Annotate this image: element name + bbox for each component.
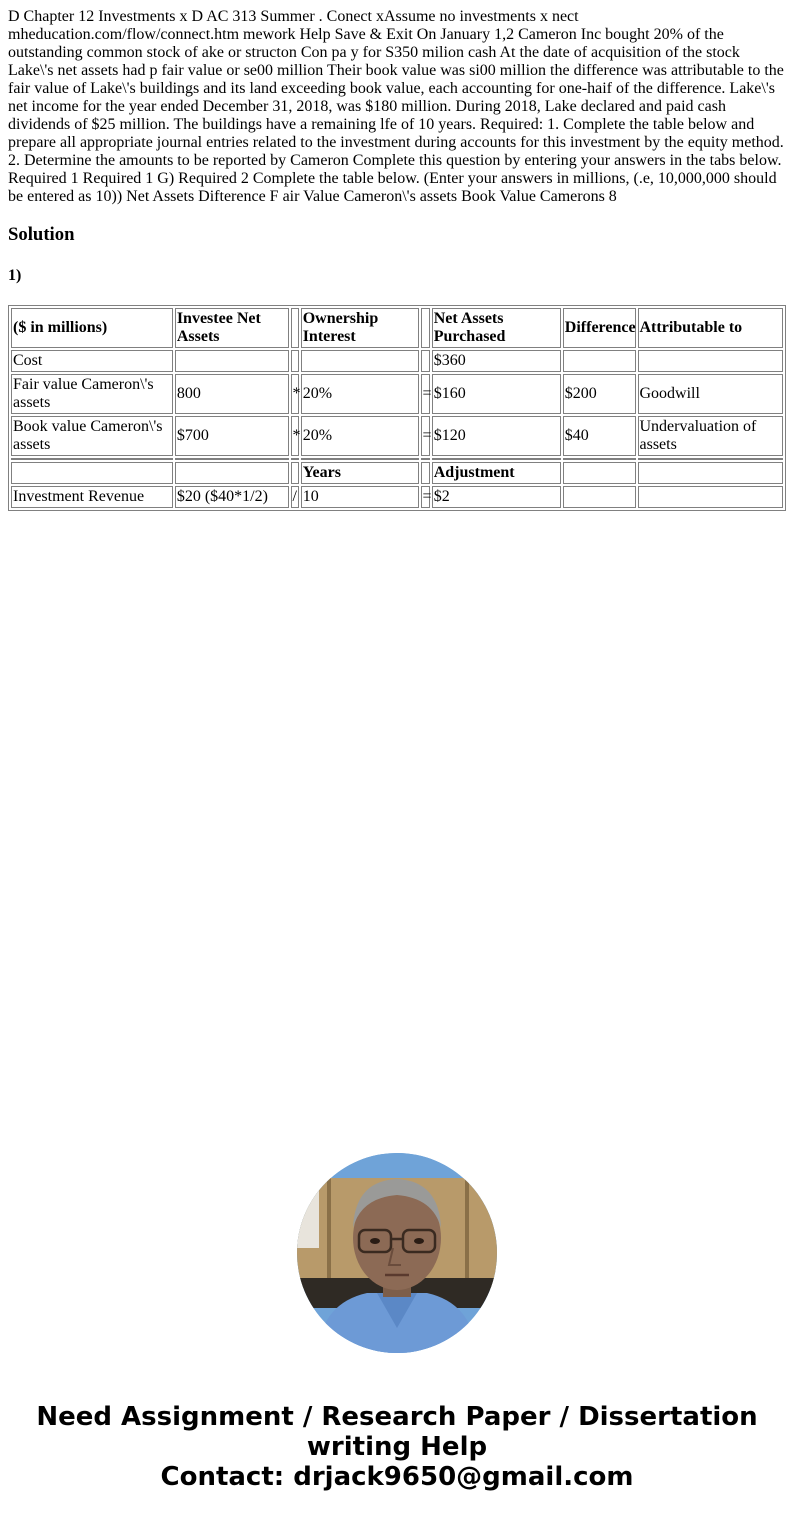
table-subheader-row: Years Adjustment [11, 462, 783, 484]
subheader-cell [291, 462, 299, 484]
promo-banner: Need Assignment / Research Paper / Disse… [0, 1402, 794, 1492]
subheader-cell [421, 462, 430, 484]
table-cell: 20% [301, 374, 419, 414]
spacer-cell [301, 458, 419, 460]
promo-contact: Contact: drjack9650@gmail.com [0, 1462, 794, 1492]
table-cell: Cost [11, 350, 173, 372]
table-cell [301, 350, 419, 372]
table-cell: = [421, 486, 430, 508]
tutor-photo-icon [297, 1153, 497, 1353]
spacer-cell [638, 458, 784, 460]
table-cell: Book value Cameron\'s assets [11, 416, 173, 456]
subheader-cell [563, 462, 636, 484]
table-row: Investment Revenue $20 ($40*1/2) / 10 = … [11, 486, 783, 508]
table-cell [175, 350, 289, 372]
table-row: Fair value Cameron\'s assets 800 * 20% =… [11, 374, 783, 414]
table-cell: * [291, 374, 299, 414]
table-cell: Undervaluation of assets [638, 416, 784, 456]
spacer-cell [563, 458, 636, 460]
spacer-cell [291, 458, 299, 460]
question-text: D Chapter 12 Investments x D AC 313 Summ… [8, 8, 786, 206]
header-cell: ($ in millions) [11, 308, 173, 348]
table-cell [563, 350, 636, 372]
table-cell: 20% [301, 416, 419, 456]
table-cell: Fair value Cameron\'s assets [11, 374, 173, 414]
table-cell [421, 350, 430, 372]
page-content: D Chapter 12 Investments x D AC 313 Summ… [0, 0, 794, 511]
table-cell: $120 [432, 416, 561, 456]
table-cell [638, 486, 784, 508]
table-cell: $200 [563, 374, 636, 414]
table-cell: $160 [432, 374, 561, 414]
header-cell: Investee Net Assets [175, 308, 289, 348]
solution-part-label: 1) [8, 267, 786, 285]
table-cell: 800 [175, 374, 289, 414]
header-cell [421, 308, 430, 348]
table-cell: = [421, 416, 430, 456]
subheader-cell: Adjustment [432, 462, 561, 484]
header-cell: Attributable to [638, 308, 784, 348]
solution-heading: Solution [8, 224, 786, 246]
spacer-cell [11, 458, 173, 460]
table-cell: * [291, 416, 299, 456]
header-cell: Difference [563, 308, 636, 348]
table-cell [638, 350, 784, 372]
table-cell: / [291, 486, 299, 508]
table-row: Cost $360 [11, 350, 783, 372]
table-cell: Investment Revenue [11, 486, 173, 508]
table-spacer-row [11, 458, 783, 460]
promo-headline: Need Assignment / Research Paper / Disse… [0, 1402, 794, 1462]
header-cell: Net Assets Purchased [432, 308, 561, 348]
tutor-avatar [297, 1153, 497, 1353]
spacer-cell [432, 458, 561, 460]
subheader-cell [175, 462, 289, 484]
subheader-cell [638, 462, 784, 484]
table-cell: $360 [432, 350, 561, 372]
table-cell: $2 [432, 486, 561, 508]
table-cell [563, 486, 636, 508]
spacer-cell [175, 458, 289, 460]
spacer-cell [421, 458, 430, 460]
subheader-cell [11, 462, 173, 484]
table-row: Book value Cameron\'s assets $700 * 20% … [11, 416, 783, 456]
header-cell: Ownership Interest [301, 308, 419, 348]
solution-table: ($ in millions) Investee Net Assets Owne… [8, 305, 786, 511]
table-cell: $700 [175, 416, 289, 456]
table-cell [291, 350, 299, 372]
header-cell [291, 308, 299, 348]
table-cell: $40 [563, 416, 636, 456]
table-cell: 10 [301, 486, 419, 508]
table-header-row: ($ in millions) Investee Net Assets Owne… [11, 308, 783, 348]
table-cell: = [421, 374, 430, 414]
table-cell: Goodwill [638, 374, 784, 414]
subheader-cell: Years [301, 462, 419, 484]
table-cell: $20 ($40*1/2) [175, 486, 289, 508]
